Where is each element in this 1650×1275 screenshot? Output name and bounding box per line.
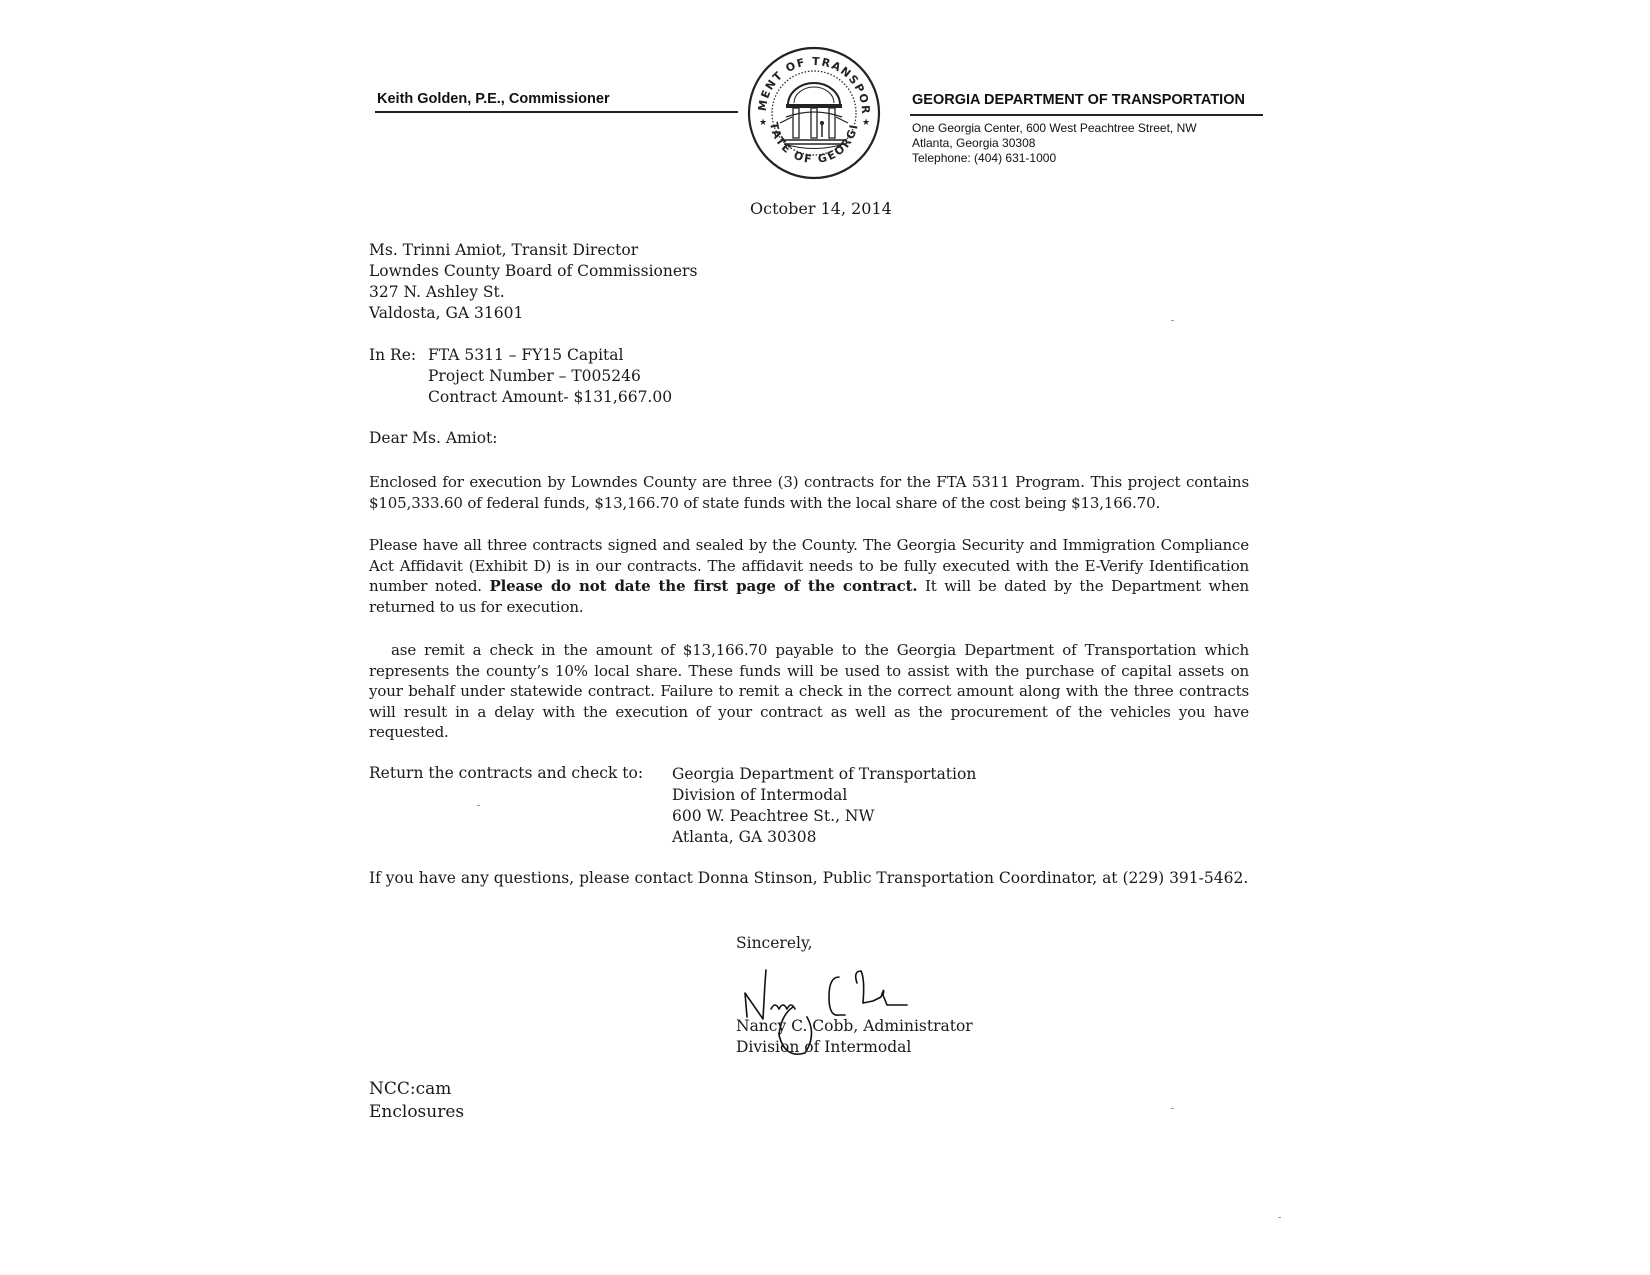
return-address-line: Georgia Department of Transportation xyxy=(672,764,976,785)
in-re-program: FTA 5311 – FY15 Capital xyxy=(428,345,672,366)
department-telephone: Telephone: (404) 631-1000 xyxy=(912,151,1197,166)
paragraph-payment-instructions: ase remit a check in the amount of $13,1… xyxy=(369,640,1249,743)
scan-speck xyxy=(1171,320,1174,321)
reference-initials: NCC:cam xyxy=(369,1078,464,1101)
return-address-line: Division of Intermodal xyxy=(672,785,976,806)
scan-speck xyxy=(1171,1108,1174,1109)
recipient-line: Lowndes County Board of Commissioners xyxy=(369,261,697,282)
signer-name: Nancy C. Cobb, Administrator xyxy=(736,1016,973,1037)
svg-text:★: ★ xyxy=(862,117,870,127)
closing-sincerely: Sincerely, xyxy=(736,933,813,954)
return-to-label: Return the contracts and check to: xyxy=(369,763,643,784)
signer-division: Division of Intermodal xyxy=(736,1037,973,1058)
svg-text:★: ★ xyxy=(759,117,767,127)
department-address: One Georgia Center, 600 West Peachtree S… xyxy=(912,121,1197,166)
scan-speck xyxy=(477,805,480,806)
department-name: GEORGIA DEPARTMENT OF TRANSPORTATION xyxy=(912,92,1245,108)
department-address-line: Atlanta, Georgia 30308 xyxy=(912,136,1197,151)
recipient-line: Ms. Trinni Amiot, Transit Director xyxy=(369,240,697,261)
georgia-state-seal-icon: DEPARTMENT OF TRANSPORTATION STATE OF GE… xyxy=(746,45,882,181)
enclosures-note: Enclosures xyxy=(369,1101,464,1124)
commissioner-name: Keith Golden, P.E., Commissioner xyxy=(377,91,610,107)
contact-paragraph: If you have any questions, please contac… xyxy=(369,868,1249,889)
recipient-line: 327 N. Ashley St. xyxy=(369,282,697,303)
in-re-project-number: Project Number – T005246 xyxy=(428,366,672,387)
letter-date: October 14, 2014 xyxy=(750,199,892,218)
letterhead-rule-left xyxy=(375,111,738,113)
letterhead-rule-right xyxy=(910,114,1263,116)
recipient-address: Ms. Trinni Amiot, Transit Director Lownd… xyxy=(369,240,697,324)
in-re-label: In Re: xyxy=(369,345,416,366)
signer-block: Nancy C. Cobb, Administrator Division of… xyxy=(736,1016,973,1058)
return-address-line: Atlanta, GA 30308 xyxy=(672,827,976,848)
return-address: Georgia Department of Transportation Div… xyxy=(672,764,976,848)
department-address-line: One Georgia Center, 600 West Peachtree S… xyxy=(912,121,1197,136)
paragraph-contracts-enclosed: Enclosed for execution by Lowndes County… xyxy=(369,472,1249,513)
salutation: Dear Ms. Amiot: xyxy=(369,428,498,449)
recipient-line: Valdosta, GA 31601 xyxy=(369,303,697,324)
paragraph-signing-instructions: Please have all three contracts signed a… xyxy=(369,535,1249,617)
return-address-line: 600 W. Peachtree St., NW xyxy=(672,806,976,827)
reference-initials-block: NCC:cam Enclosures xyxy=(369,1078,464,1124)
in-re-contract-amount: Contract Amount- $131,667.00 xyxy=(428,387,672,408)
scan-speck xyxy=(1278,1217,1281,1218)
in-re-details: FTA 5311 – FY15 Capital Project Number –… xyxy=(428,345,672,408)
date-warning: Please do not date the first page of the… xyxy=(489,577,917,595)
